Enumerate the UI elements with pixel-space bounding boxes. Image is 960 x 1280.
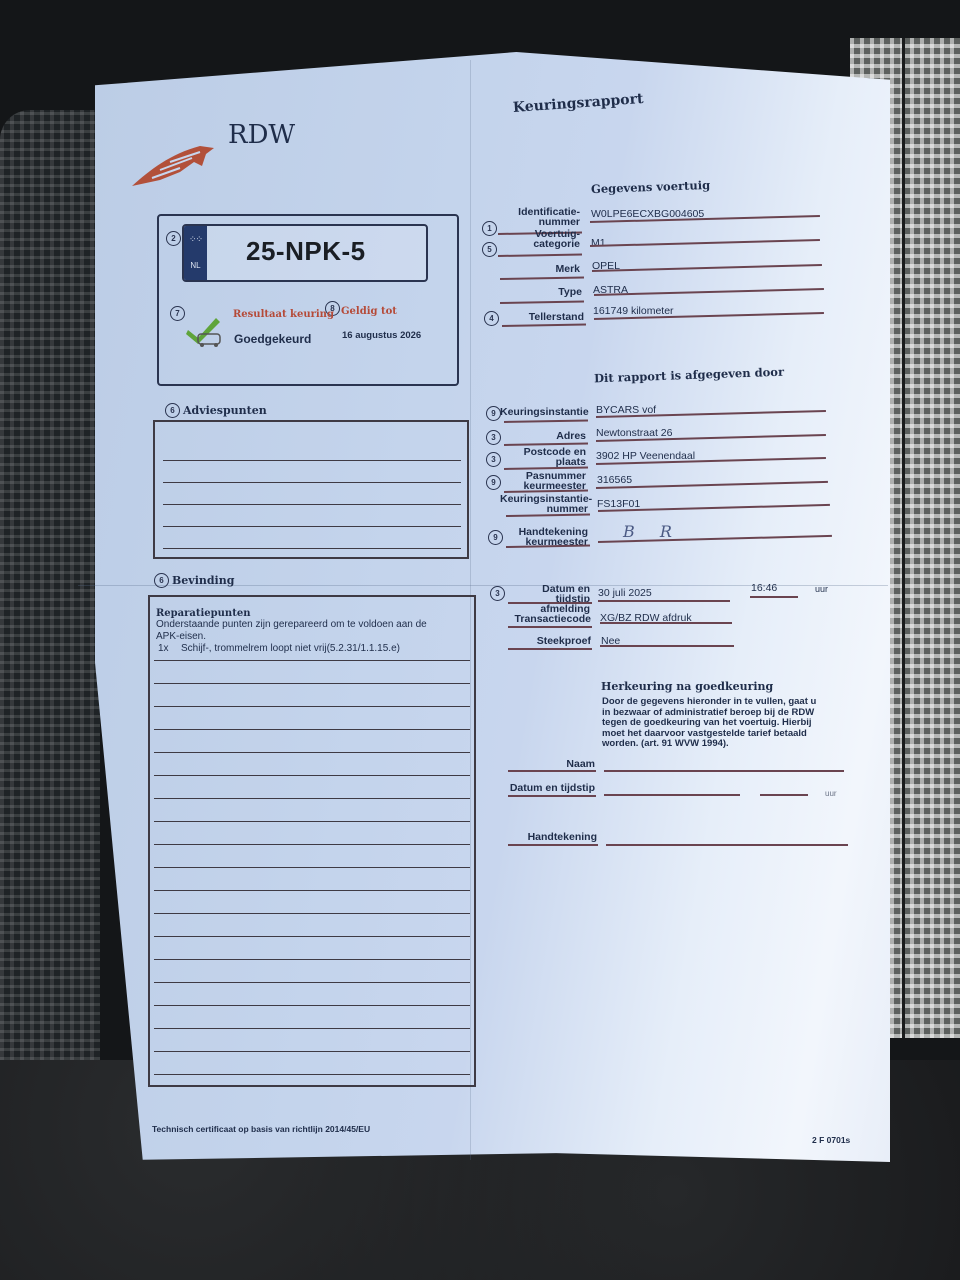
ref-badge: 3 — [490, 586, 505, 601]
inspection-station-label: Keuringsinstantie — [500, 407, 586, 417]
name-label: Naam — [505, 759, 595, 769]
reinspection-date-field[interactable] — [604, 794, 740, 796]
advies-box — [153, 420, 469, 559]
footer-form-code: 2 F 0701s — [812, 1135, 850, 1145]
ref-badge: 4 — [484, 311, 499, 326]
result-label: Resultaat keuring — [233, 309, 334, 320]
repair-intro-line2: APK-eisen. — [156, 631, 206, 642]
ref-badge: 3 — [486, 430, 501, 445]
name-field[interactable] — [604, 770, 844, 772]
footer-certificate-text: Technisch certificaat op basis van richt… — [152, 1124, 370, 1134]
random-check-label: Steekproef — [505, 636, 591, 646]
feather-icon — [130, 140, 216, 188]
repair-section-title: Reparatiepunten — [156, 608, 250, 619]
ref-badge: 6 — [165, 403, 180, 418]
result-value: Goedgekeurd — [234, 332, 311, 346]
license-plate: ⁘⁘ NL 25-NPK-5 — [182, 224, 428, 282]
station-number-label: Keuringsinstantie-nummer — [500, 494, 588, 514]
odometer-label: Tellerstand — [500, 312, 584, 322]
ref-badge: 9 — [486, 406, 501, 421]
repair-item-qty: 1x — [158, 643, 169, 654]
inspector-pass-label: Pasnummerkeurmeester — [500, 471, 586, 491]
ref-badge: 6 — [154, 573, 169, 588]
odometer-value: 161749 kilometer — [593, 305, 674, 317]
inspector-pass-value: 316565 — [597, 474, 632, 486]
repair-item-text: Schijf-, trommelrem loopt niet vrij(5.2.… — [181, 643, 400, 654]
reinspection-text: Door de gegevens hieronder in te vullen,… — [602, 697, 816, 750]
postcode-label: Postcode enplaats — [500, 447, 586, 467]
make-label: Merk — [500, 264, 580, 274]
reinspection-date-label: Datum en tijdstip — [505, 783, 595, 793]
ref-badge: 1 — [482, 221, 497, 236]
address-value: Newtonstraat 26 — [596, 427, 672, 439]
eu-flag-icon: ⁘⁘ NL — [184, 226, 207, 280]
transaction-code-label: Transactiecode — [505, 614, 591, 624]
advies-title: Adviespunten — [183, 404, 267, 417]
category-value: M1 — [591, 237, 606, 249]
seat-seam — [902, 38, 905, 1038]
type-label: Type — [500, 287, 582, 297]
time-unit: uur — [815, 584, 828, 594]
valid-until-value: 16 augustus 2026 — [342, 330, 421, 341]
rdw-logo-text: RDW — [228, 120, 295, 150]
category-label: Voertuig-categorie — [500, 229, 580, 249]
checkout-time-value: 16:46 — [751, 582, 777, 594]
ref-badge: 7 — [170, 306, 185, 321]
reinspection-signature-label: Handtekening — [505, 832, 597, 842]
plate-country: NL — [184, 261, 207, 270]
approved-car-check-icon — [186, 316, 226, 350]
vin-label: Identificatie-nummer — [500, 207, 580, 227]
checkout-date-value: 30 juli 2025 — [598, 587, 652, 599]
address-label: Adres — [500, 431, 586, 441]
ref-badge: 3 — [486, 452, 501, 467]
reinspection-signature-field[interactable] — [606, 844, 848, 846]
reinspection-time-unit: uur — [825, 789, 837, 798]
bevinding-title: Bevinding — [172, 574, 234, 587]
reinspection-title: Herkeuring na goedkeuring — [601, 680, 773, 693]
repair-intro-line1: Onderstaande punten zijn gerepareerd om … — [156, 619, 427, 630]
ref-badge: 5 — [482, 242, 497, 257]
plate-number: 25-NPK-5 — [246, 236, 366, 267]
reinspection-time-field[interactable] — [760, 794, 808, 796]
bevinding-box — [148, 595, 476, 1087]
checkout-date-label: Datum en tijdstipafmelding — [505, 584, 590, 614]
ref-badge: 2 — [166, 231, 181, 246]
ref-badge: 9 — [486, 475, 501, 490]
valid-until-label: Geldig tot — [341, 306, 397, 317]
